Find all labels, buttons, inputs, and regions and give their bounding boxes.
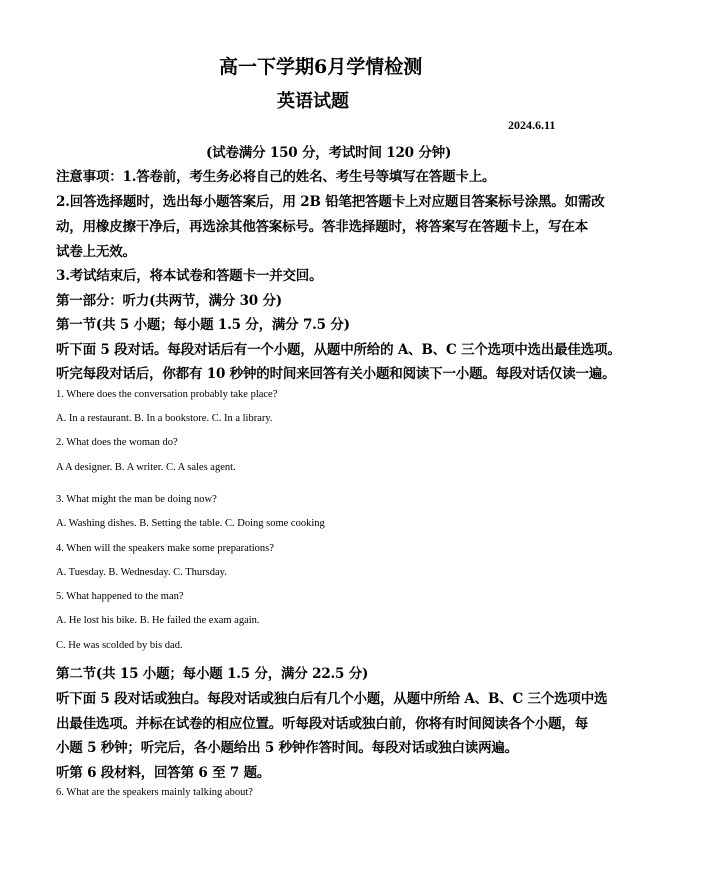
question-5-options-2: C. He was scolded by bis dad. xyxy=(56,640,183,651)
section2-instructions-2: 出最佳选项。并标在试卷的相应位置。听每段对话或独白前，你将有时间阅读各个小题，每 xyxy=(56,712,588,732)
notes-line-2: 2.回答选择题时，选出每小题答案后，用 2B 铅笔把答题卡上对应题目答案标号涂黑… xyxy=(56,190,605,210)
notes-line-3: 动，用橡皮擦干净后，再选涂其他答案标号。答非选择题时，将答案写在答题卡上，写在本 xyxy=(56,215,588,235)
section1-instructions-1: 听下面 5 段对话。每段对话后有一个小题，从题中所给的 A、B、C 三个选项中选… xyxy=(56,338,621,358)
page-title: 高一下学期6月学情检测 xyxy=(219,52,422,79)
section2-instructions-3: 小题 5 秒钟；听完后，各小题给出 5 秒钟作答时间。每段对话或独白读两遍。 xyxy=(56,736,518,756)
exam-info: (试卷满分 150 分，考试时间 120 分钟) xyxy=(206,141,451,161)
exam-page: 高一下学期6月学情检测 英语试题 2024.6.11 (试卷满分 150 分，考… xyxy=(0,0,701,877)
section2-instructions-1: 听下面 5 段对话或独白。每段对话或独白后有几个小题，从题中所给 A、B、C 三… xyxy=(56,687,607,707)
question-4-options: A. Tuesday. B. Wednesday. C. Thursday. xyxy=(56,567,227,578)
question-6: 6. What are the speakers mainly talking … xyxy=(56,787,253,798)
notes-line-1: 注意事项：1.答卷前，考生务必将自己的姓名、考生号等填写在答题卡上。 xyxy=(56,165,495,185)
section1-instructions-2: 听完每段对话后，你都有 10 秒钟的时间来回答有关小题和阅读下一小题。每段对话仅… xyxy=(56,362,615,382)
question-2-options: A A designer. B. A writer. C. A sales ag… xyxy=(56,462,236,473)
question-3-options: A. Washing dishes. B. Setting the table.… xyxy=(56,518,325,529)
question-3: 3. What might the man be doing now? xyxy=(56,494,217,505)
question-4: 4. When will the speakers make some prep… xyxy=(56,543,274,554)
part1-heading: 第一部分：听力(共两节，满分 30 分) xyxy=(56,289,282,309)
question-5: 5. What happened to the man? xyxy=(56,591,184,602)
exam-date: 2024.6.11 xyxy=(508,118,555,133)
notes-line-4: 试卷上无效。 xyxy=(56,240,136,260)
page-subtitle: 英语试题 xyxy=(277,87,349,113)
section2-heading: 第二节(共 15 小题；每小题 1.5 分，满分 22.5 分) xyxy=(56,662,368,682)
section1-heading: 第一节(共 5 小题；每小题 1.5 分，满分 7.5 分) xyxy=(56,313,350,333)
question-1-options: A. In a restaurant. B. In a bookstore. C… xyxy=(56,413,273,424)
notes-line-5: 3.考试结束后，将本试卷和答题卡一并交回。 xyxy=(56,264,322,284)
question-1: 1. Where does the conversation probably … xyxy=(56,389,277,400)
material-6-heading: 听第 6 段材料，回答第 6 至 7 题。 xyxy=(56,761,270,781)
question-2: 2. What does the woman do? xyxy=(56,437,178,448)
question-5-options: A. He lost his bike. B. He failed the ex… xyxy=(56,615,260,626)
